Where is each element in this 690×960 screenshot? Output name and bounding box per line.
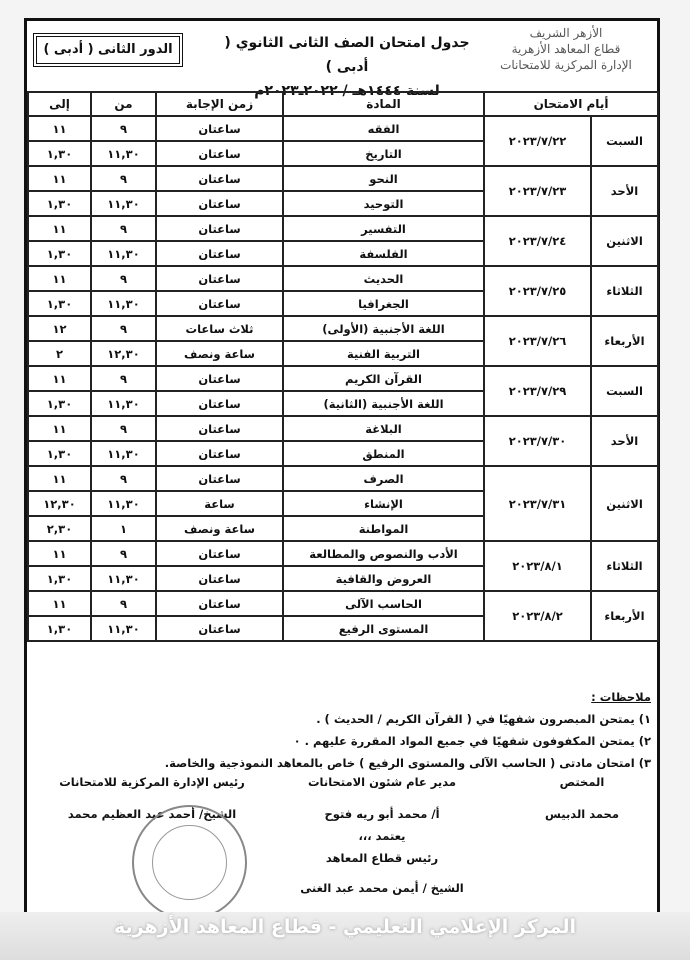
day-cell: الثلاثاء xyxy=(591,541,658,591)
from-cell: ٩ xyxy=(91,166,156,191)
date-cell: ٢٠٢٣/٧/٢٦ xyxy=(484,316,591,366)
from-cell: ١١,٣٠ xyxy=(91,616,156,641)
signature-specialist: المختص محمد الدبيس xyxy=(527,771,637,825)
subject-cell: اللغة الأجنبية (الثانية) xyxy=(283,391,484,416)
logo-line: الإدارة المركزية للامتحانات xyxy=(481,57,651,73)
subject-cell: التربية الفنية xyxy=(283,341,484,366)
day-cell: الاثنين xyxy=(591,216,658,266)
from-cell: ٩ xyxy=(91,416,156,441)
from-cell: ١١,٣٠ xyxy=(91,291,156,316)
from-cell: ٩ xyxy=(91,541,156,566)
table-row: الاثنين٢٠٢٣/٧/٣١الصرفساعتان٩١١ xyxy=(28,466,658,491)
table-row: الأربعاء٢٠٢٣/٨/٢الحاسب الآلىساعتان٩١١ xyxy=(28,591,658,616)
title-line-1: جدول امتحان الصف الثانى الثانوي ( أدبى ) xyxy=(217,31,477,79)
day-cell: الأربعاء xyxy=(591,316,658,366)
duration-cell: ساعتان xyxy=(156,366,283,391)
day-cell: الأربعاء xyxy=(591,591,658,641)
to-cell: ١,٣٠ xyxy=(28,141,91,166)
from-cell: ١١,٣٠ xyxy=(91,441,156,466)
to-cell: ١١ xyxy=(28,266,91,291)
subject-cell: المنطق xyxy=(283,441,484,466)
subject-cell: القرآن الكريم xyxy=(283,366,484,391)
signature-director: مدير عام شئون الامتحانات أ/ محمد أبو ريه… xyxy=(297,771,467,899)
date-cell: ٢٠٢٣/٧/٣١ xyxy=(484,466,591,541)
from-cell: ١١,٣٠ xyxy=(91,141,156,166)
from-cell: ٩ xyxy=(91,266,156,291)
to-cell: ١١ xyxy=(28,216,91,241)
notes-heading: ملاحظات : xyxy=(33,686,651,708)
table-row: الاثنين٢٠٢٣/٧/٢٤التفسيرساعتان٩١١ xyxy=(28,216,658,241)
subject-cell: التفسير xyxy=(283,216,484,241)
sig-name: أ/ محمد أبو ريه فتوح xyxy=(297,803,467,825)
duration-cell: ساعتان xyxy=(156,266,283,291)
note-item: ١) يمتحن المبصرون شفهيًا في ( القرآن الك… xyxy=(33,708,651,730)
day-cell: الأحد xyxy=(591,166,658,216)
logo-line: الأزهر الشريف xyxy=(481,25,651,41)
header-subject: المادة xyxy=(283,92,484,116)
date-cell: ٢٠٢٣/٧/٢٣ xyxy=(484,166,591,216)
to-cell: ١,٣٠ xyxy=(28,441,91,466)
subject-cell: الإنشاء xyxy=(283,491,484,516)
duration-cell: ساعتان xyxy=(156,616,283,641)
to-cell: ١,٣٠ xyxy=(28,616,91,641)
to-cell: ١,٣٠ xyxy=(28,191,91,216)
approve-label: يعتمد ،،، xyxy=(297,825,467,847)
sig-title: رئيس الإدارة المركزية للامتحانات xyxy=(47,771,257,793)
date-cell: ٢٠٢٣/٨/١ xyxy=(484,541,591,591)
exam-schedule-document: الأزهر الشريف قطاع المعاهد الأزهرية الإد… xyxy=(24,18,660,918)
duration-cell: ساعتان xyxy=(156,541,283,566)
table-header-row: أيام الامتحان المادة زمن الإجابة من إلى xyxy=(28,92,658,116)
header-duration: زمن الإجابة xyxy=(156,92,283,116)
duration-cell: ساعتان xyxy=(156,441,283,466)
subject-cell: التاريخ xyxy=(283,141,484,166)
subject-cell: الفقه xyxy=(283,116,484,141)
from-cell: ١١,٣٠ xyxy=(91,241,156,266)
subject-cell: الحاسب الآلى xyxy=(283,591,484,616)
to-cell: ١,٣٠ xyxy=(28,566,91,591)
table-row: الثلاثاء٢٠٢٣/٨/١الأدب والنصوص والمطالعةس… xyxy=(28,541,658,566)
duration-cell: ساعة ونصف xyxy=(156,516,283,541)
day-cell: الأحد xyxy=(591,416,658,466)
day-cell: الثلاثاء xyxy=(591,266,658,316)
to-cell: ١١ xyxy=(28,416,91,441)
sig-name: محمد الدبيس xyxy=(527,803,637,825)
notes-section: ملاحظات : ١) يمتحن المبصرون شفهيًا في ( … xyxy=(33,686,651,774)
official-seal-icon xyxy=(132,805,247,920)
header-days: أيام الامتحان xyxy=(484,92,658,116)
duration-cell: ساعتان xyxy=(156,416,283,441)
sig-title: رئيس قطاع المعاهد xyxy=(297,847,467,869)
subject-cell: التوحيد xyxy=(283,191,484,216)
duration-cell: ساعة ونصف xyxy=(156,341,283,366)
round-badge: الدور الثانى ( أدبى ) xyxy=(33,33,183,67)
table-row: الثلاثاء٢٠٢٣/٧/٢٥الحديثساعتان٩١١ xyxy=(28,266,658,291)
to-cell: ١١ xyxy=(28,166,91,191)
duration-cell: ساعتان xyxy=(156,466,283,491)
header-from: من xyxy=(91,92,156,116)
subject-cell: الفلسفة xyxy=(283,241,484,266)
from-cell: ١١,٣٠ xyxy=(91,391,156,416)
subject-cell: النحو xyxy=(283,166,484,191)
table-row: السبت٢٠٢٣/٧/٢٩القرآن الكريمساعتان٩١١ xyxy=(28,366,658,391)
to-cell: ١١ xyxy=(28,116,91,141)
to-cell: ١١ xyxy=(28,541,91,566)
from-cell: ١١,٣٠ xyxy=(91,566,156,591)
to-cell: ١٢,٣٠ xyxy=(28,491,91,516)
from-cell: ٩ xyxy=(91,216,156,241)
azhar-logo-text: الأزهر الشريف قطاع المعاهد الأزهرية الإد… xyxy=(481,25,651,73)
duration-cell: ساعتان xyxy=(156,566,283,591)
day-cell: الاثنين xyxy=(591,466,658,541)
from-cell: ٩ xyxy=(91,316,156,341)
duration-cell: ساعتان xyxy=(156,116,283,141)
subject-cell: اللغة الأجنبية (الأولى) xyxy=(283,316,484,341)
from-cell: ١٢,٣٠ xyxy=(91,341,156,366)
date-cell: ٢٠٢٣/٧/٢٤ xyxy=(484,216,591,266)
subject-cell: الأدب والنصوص والمطالعة xyxy=(283,541,484,566)
note-item: ٢) يمتحن المكفوفون شفهيًا في جميع المواد… xyxy=(33,730,651,752)
footer-watermark: المركز الإعلامي التعليمي - قطاع المعاهد … xyxy=(0,912,690,960)
duration-cell: ساعتان xyxy=(156,391,283,416)
from-cell: ١١,٣٠ xyxy=(91,191,156,216)
from-cell: ٩ xyxy=(91,466,156,491)
subject-cell: الصرف xyxy=(283,466,484,491)
duration-cell: ساعتان xyxy=(156,216,283,241)
date-cell: ٢٠٢٣/٧/٢٩ xyxy=(484,366,591,416)
to-cell: ١,٣٠ xyxy=(28,241,91,266)
document-header: الأزهر الشريف قطاع المعاهد الأزهرية الإد… xyxy=(27,21,657,89)
header-to: إلى xyxy=(28,92,91,116)
table-row: السبت٢٠٢٣/٧/٢٢الفقهساعتان٩١١ xyxy=(28,116,658,141)
duration-cell: ساعتان xyxy=(156,166,283,191)
table-row: الأحد٢٠٢٣/٧/٢٣النحوساعتان٩١١ xyxy=(28,166,658,191)
sig-title: المختص xyxy=(527,771,637,793)
subject-cell: العروض والقافية xyxy=(283,566,484,591)
duration-cell: ساعتان xyxy=(156,591,283,616)
day-cell: السبت xyxy=(591,366,658,416)
table-row: الأحد٢٠٢٣/٧/٣٠البلاغةساعتان٩١١ xyxy=(28,416,658,441)
to-cell: ١,٣٠ xyxy=(28,291,91,316)
subject-cell: المواطنة xyxy=(283,516,484,541)
subject-cell: الجغرافيا xyxy=(283,291,484,316)
from-cell: ٩ xyxy=(91,366,156,391)
duration-cell: ساعتان xyxy=(156,241,283,266)
exam-schedule-table: أيام الامتحان المادة زمن الإجابة من إلى … xyxy=(27,91,659,642)
duration-cell: ساعة xyxy=(156,491,283,516)
to-cell: ٢ xyxy=(28,341,91,366)
to-cell: ١,٣٠ xyxy=(28,391,91,416)
date-cell: ٢٠٢٣/٧/٢٥ xyxy=(484,266,591,316)
to-cell: ١١ xyxy=(28,591,91,616)
from-cell: ٩ xyxy=(91,591,156,616)
date-cell: ٢٠٢٣/٧/٣٠ xyxy=(484,416,591,466)
from-cell: ١ xyxy=(91,516,156,541)
sig-title: مدير عام شئون الامتحانات xyxy=(297,771,467,793)
sig-name: الشيخ / أيمن محمد عبد الغنى xyxy=(297,877,467,899)
table-row: الأربعاء٢٠٢٣/٧/٢٦اللغة الأجنبية (الأولى)… xyxy=(28,316,658,341)
subject-cell: المستوى الرفيع xyxy=(283,616,484,641)
to-cell: ١١ xyxy=(28,466,91,491)
date-cell: ٢٠٢٣/٨/٢ xyxy=(484,591,591,641)
logo-line: قطاع المعاهد الأزهرية xyxy=(481,41,651,57)
from-cell: ٩ xyxy=(91,116,156,141)
duration-cell: ساعتان xyxy=(156,191,283,216)
duration-cell: ساعتان xyxy=(156,291,283,316)
from-cell: ١١,٣٠ xyxy=(91,491,156,516)
day-cell: السبت xyxy=(591,116,658,166)
duration-cell: ثلاث ساعات xyxy=(156,316,283,341)
to-cell: ٢,٣٠ xyxy=(28,516,91,541)
to-cell: ١١ xyxy=(28,366,91,391)
duration-cell: ساعتان xyxy=(156,141,283,166)
subject-cell: الحديث xyxy=(283,266,484,291)
to-cell: ١٢ xyxy=(28,316,91,341)
subject-cell: البلاغة xyxy=(283,416,484,441)
date-cell: ٢٠٢٣/٧/٢٢ xyxy=(484,116,591,166)
